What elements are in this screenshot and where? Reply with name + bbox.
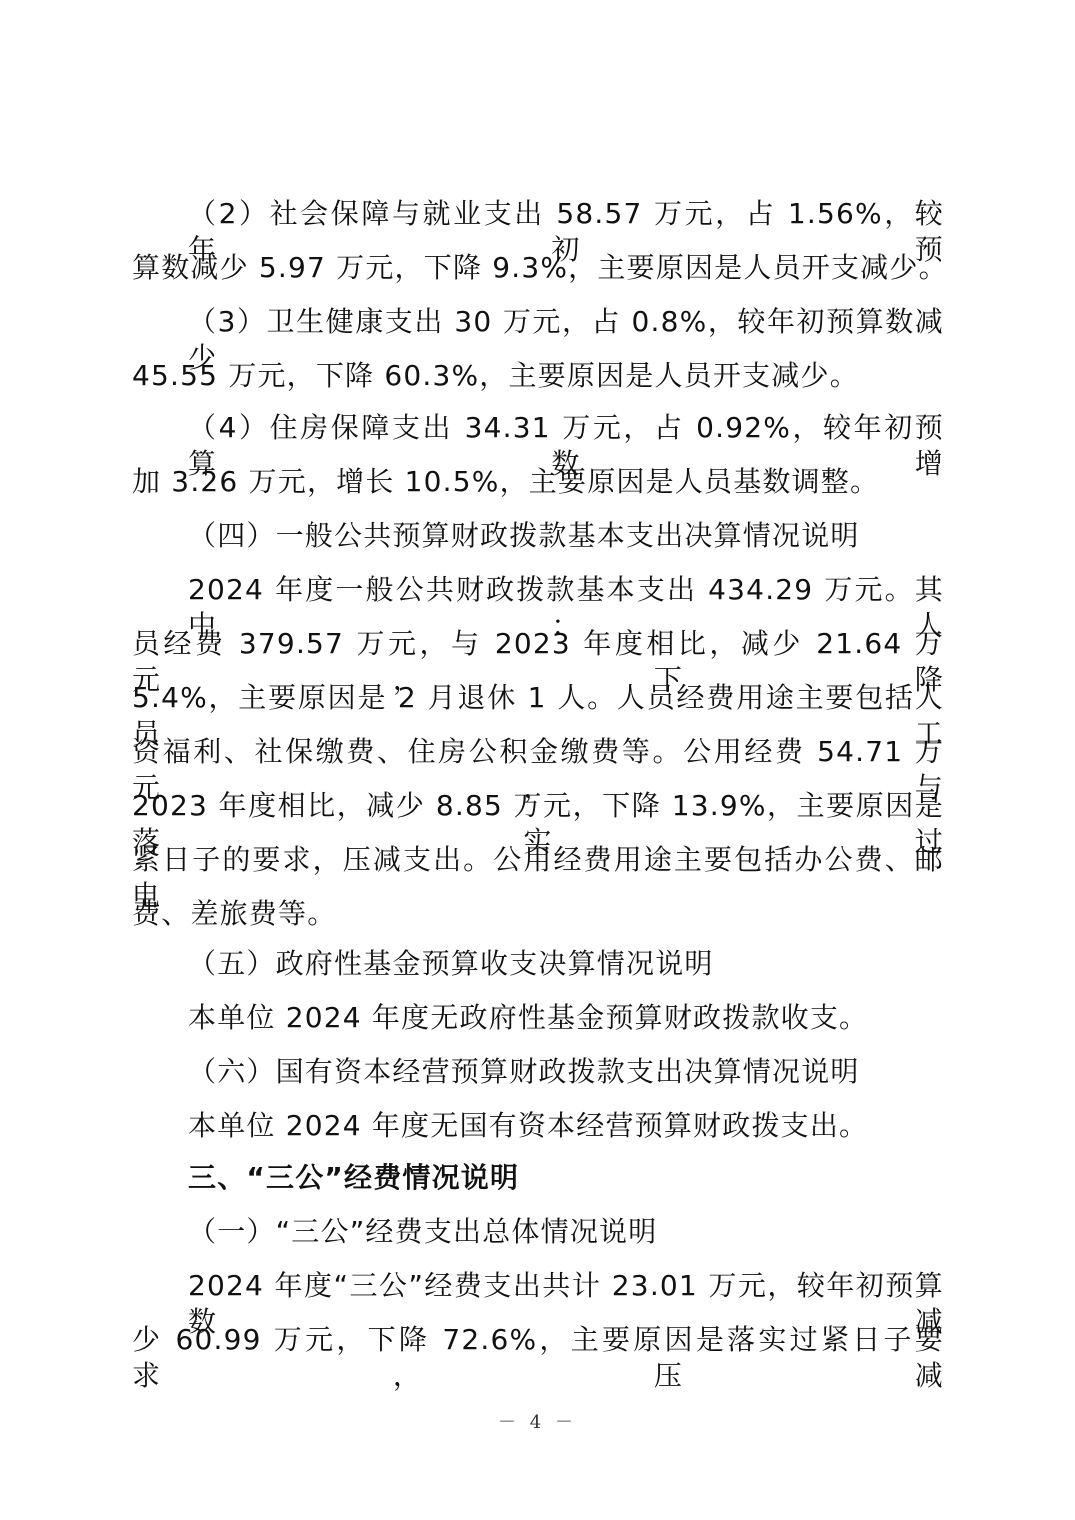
- paragraph-social-security-line-2: 算数减少 5.97 万元，下降 9.3%，主要原因是人员开支减少。: [132, 250, 944, 286]
- paragraph-state-capital: 本单位 2024 年度无国有资本经营预算财政拨支出。: [188, 1108, 944, 1144]
- paragraph-basic-expenditure-line-7: 费、差旅费等。: [132, 896, 944, 932]
- paragraph-government-fund: 本单位 2024 年度无政府性基金预算财政拨款收支。: [188, 1000, 944, 1036]
- document-page: （2）社会保障与就业支出 58.57 万元，占 1.56%，较年初预 算数减少 …: [0, 0, 1075, 1520]
- paragraph-health-line-2: 45.55 万元，下降 60.3%，主要原因是人员开支减少。: [132, 358, 944, 394]
- page-number: － 4 －: [0, 1408, 1075, 1434]
- paragraph-housing-line-2: 加 3.26 万元，增长 10.5%，主要原因是人员基数调整。: [132, 464, 944, 500]
- section-heading-three-public-overall: （一）“三公”经费支出总体情况说明: [188, 1214, 1000, 1250]
- section-heading-state-capital: （六）国有资本经营预算财政拨款支出决算情况说明: [188, 1054, 1000, 1090]
- paragraph-three-public-line-2: 少 60.99 万元，下降 72.6%，主要原因是落实过紧日子要求，压减: [132, 1322, 944, 1394]
- section-heading-three-public: 三、“三公”经费情况说明: [188, 1160, 1000, 1196]
- section-heading-government-fund: （五）政府性基金预算收支决算情况说明: [188, 946, 1000, 982]
- section-heading-basic-expenditure: （四）一般公共预算财政拨款基本支出决算情况说明: [188, 518, 1000, 554]
